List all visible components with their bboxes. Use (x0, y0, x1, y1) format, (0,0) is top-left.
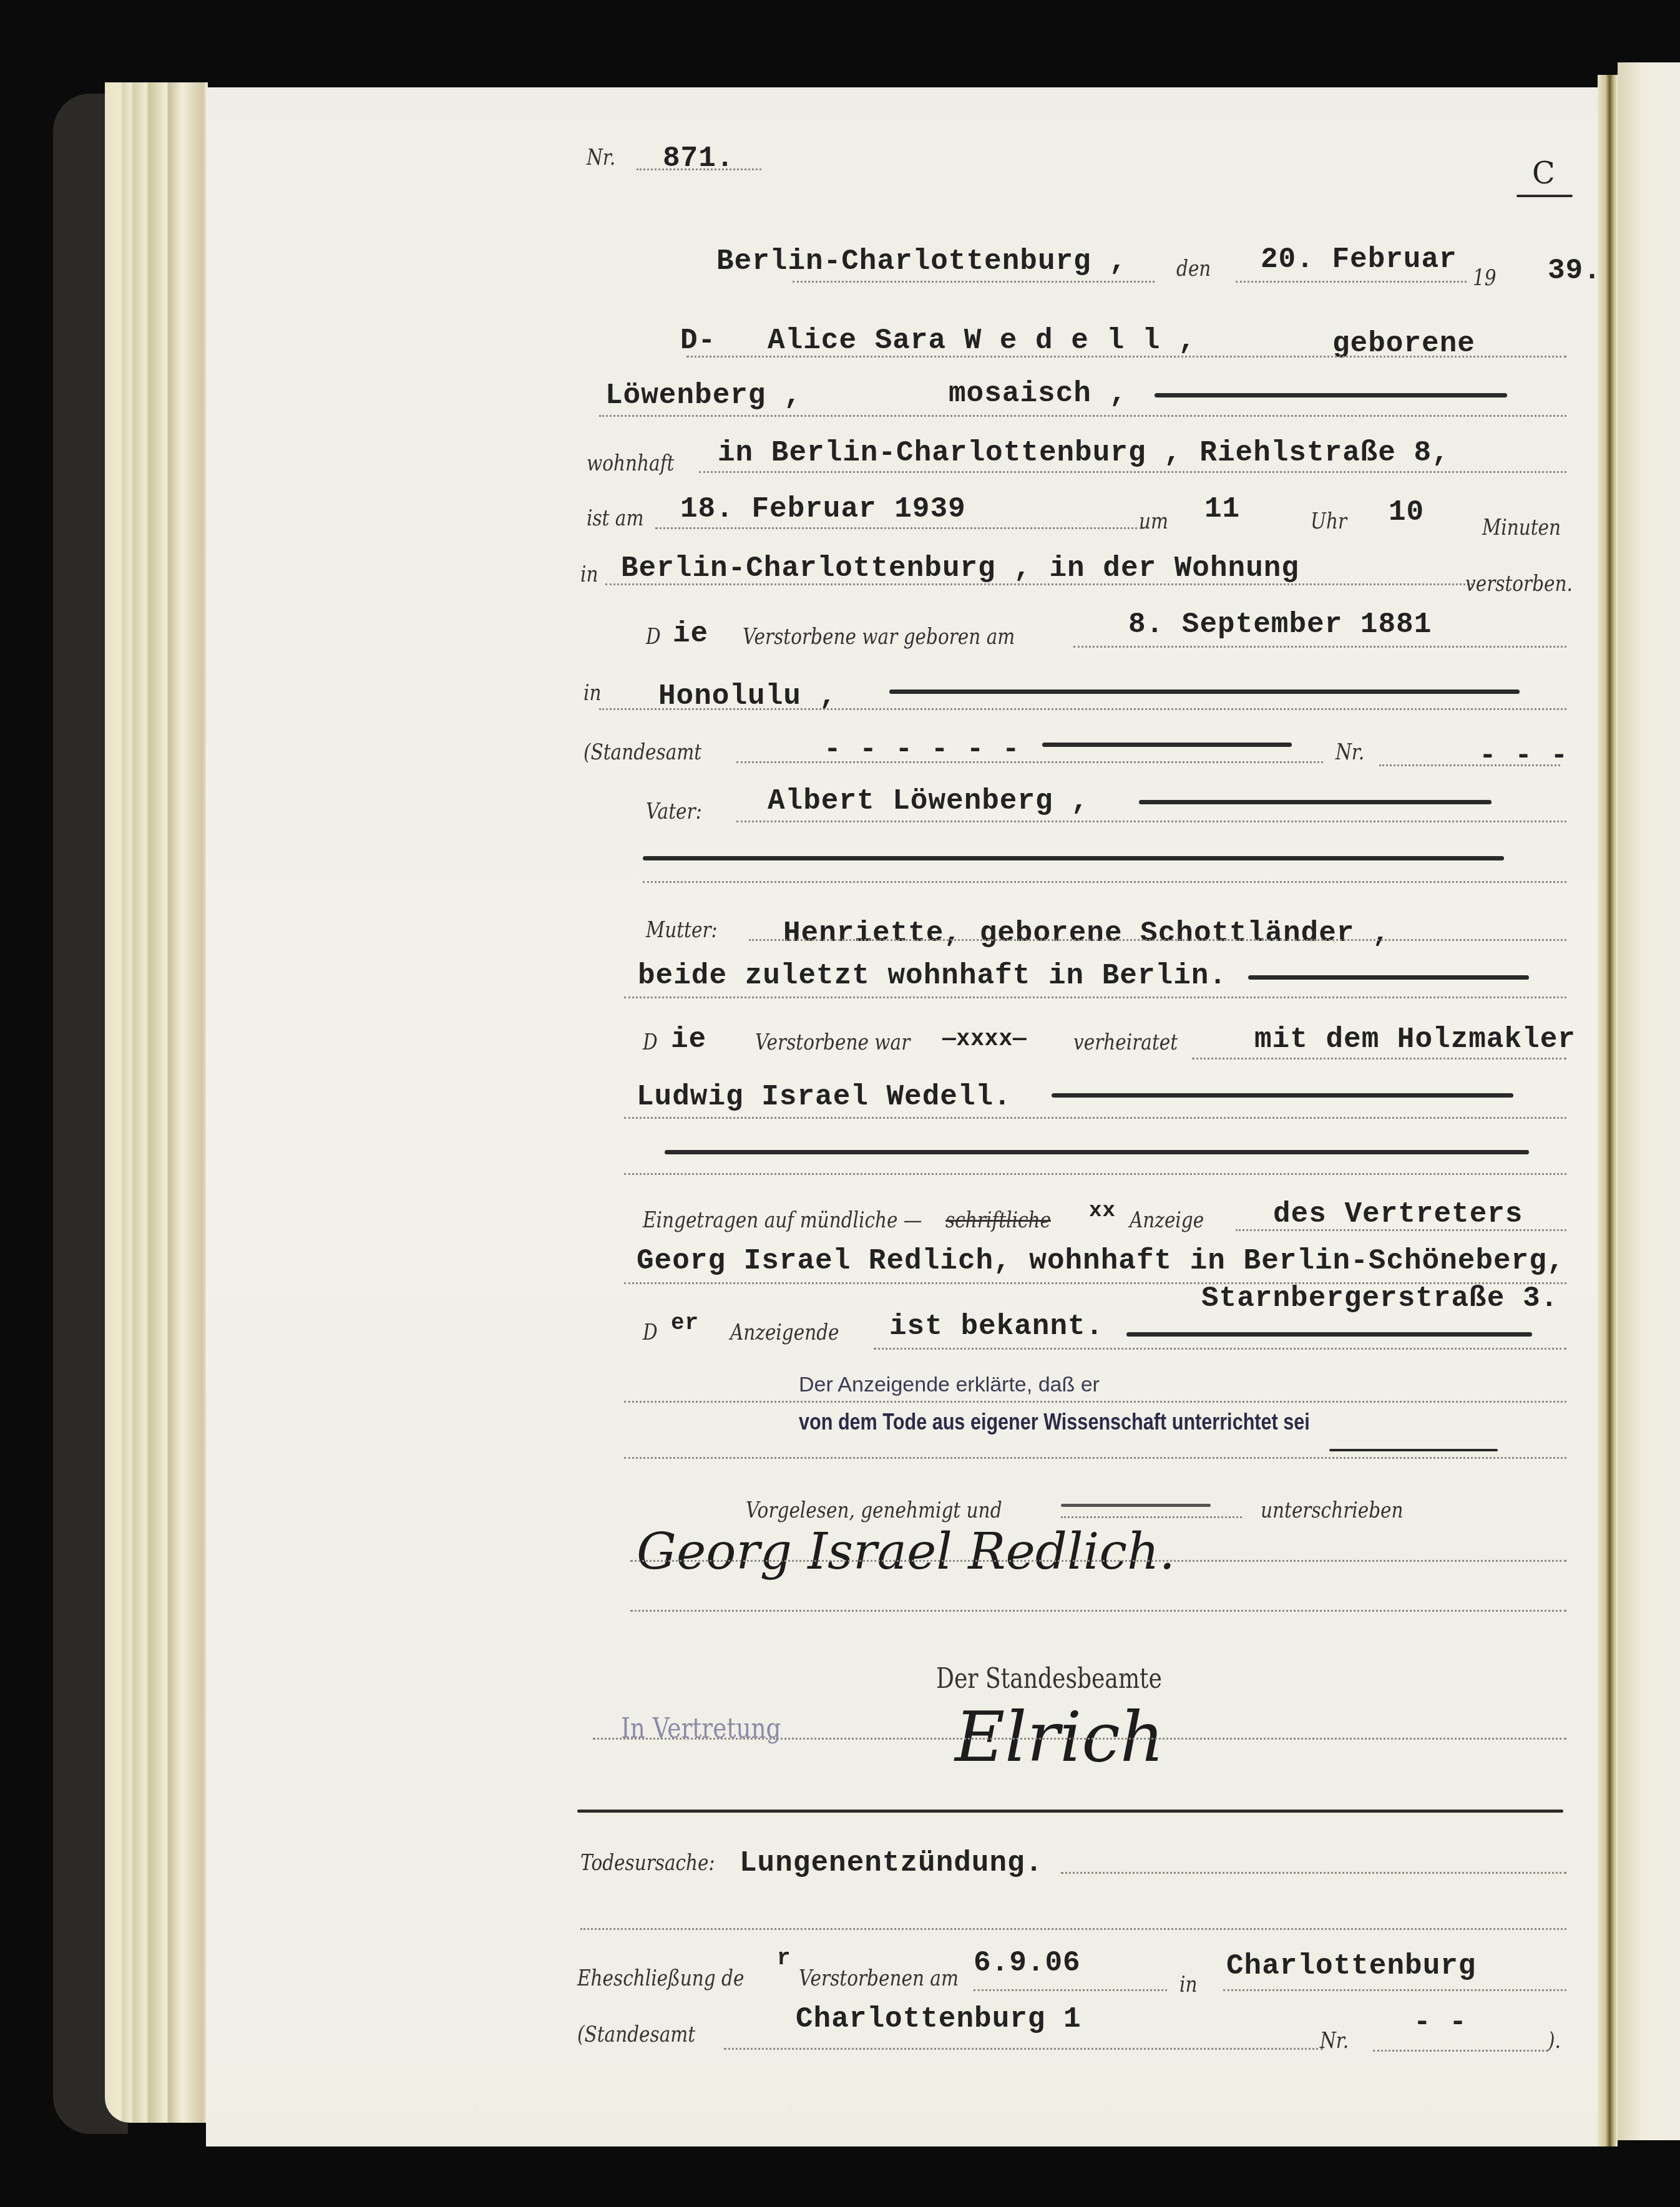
vater-line2-strike-line (643, 856, 1504, 860)
book-gutter (1598, 75, 1618, 2146)
spouse-dotline (624, 1117, 1566, 1119)
record-number: 871. (663, 142, 734, 175)
verheiratet-label: verheiratet (1073, 1030, 1178, 1055)
mutter-label: Mutter: (646, 917, 717, 943)
anzeige-label: Anzeige (1130, 1207, 1204, 1233)
religion-strike-line (1155, 393, 1507, 397)
spouse-occupation: mit dem Holzmakler (1254, 1023, 1576, 1056)
date-dotline (1236, 281, 1467, 283)
standesamt-strike-line (1042, 743, 1292, 747)
death-place: Berlin-Charlottenburg , in der Wohnung (621, 552, 1299, 585)
marriage-nr-dotline (1373, 2050, 1548, 2052)
page-stack-edges (105, 82, 208, 2123)
informant-xx: xx (1089, 1199, 1116, 1223)
registrar-signature: Elrich (955, 1697, 1165, 1777)
marital-line3-strike-line (665, 1150, 1529, 1154)
place-dotline (793, 281, 1155, 283)
informant-signature: Georg Israel Redlich. (637, 1522, 1175, 1581)
register-letter: C (1532, 156, 1555, 191)
death-in-label: in (580, 562, 598, 587)
birth-date-dotline (1073, 646, 1566, 648)
verstorben-label: verstorben. (1465, 571, 1573, 597)
nr-label: Nr. (587, 145, 615, 170)
informant-dotline (1236, 1229, 1566, 1231)
declaration-line2-dotline (624, 1457, 1566, 1459)
marriage-close: ). (1548, 2028, 1561, 2054)
in-vertretung-stamp: In Vertretung (621, 1713, 781, 1745)
birth-in-label: in (584, 680, 601, 706)
deceased-name: Alice Sara W e d e l l , (768, 324, 1196, 357)
declaration-dotline (624, 1401, 1566, 1403)
wohnhaft-label: wohnhaft (587, 451, 674, 476)
mutter-line2: beide zuletzt wohnhaft in Berlin. (638, 960, 1227, 992)
signature-dotline (630, 1560, 1566, 1562)
year-prefix: 19 (1473, 265, 1497, 291)
spouse-name: Ludwig Israel Wedell. (637, 1081, 1012, 1113)
birth-place-dotline (599, 708, 1566, 710)
standesamt-nr-label: Nr. (1336, 739, 1364, 765)
born-prefix: D (646, 624, 661, 650)
eheschliessung-label: Eheschließung de (577, 1966, 744, 1991)
standesamt-nr-dotline (1379, 764, 1560, 766)
death-minutes: 10 (1389, 496, 1424, 529)
record-date: 20. Februar (1261, 243, 1457, 276)
eingetragen-label: Eingetragen auf mündliche — (643, 1207, 922, 1233)
den-label: den (1176, 256, 1211, 281)
marriage-standesamt-value: Charlottenburg 1 (796, 2003, 1082, 2035)
uhr-label: Uhr (1311, 509, 1347, 534)
residence: in Berlin-Charlottenburg , Riehlstraße 8… (718, 437, 1450, 469)
marriage-standesamt-label: (Standesamt (577, 2022, 695, 2047)
vater-strike-line (1139, 800, 1492, 804)
record-place: Berlin-Charlottenburg , (716, 245, 1127, 278)
marital-prefix: D (643, 1030, 658, 1055)
name-dotline (686, 356, 1566, 358)
religion: mosaisch , (949, 378, 1127, 410)
marital-line3-dotline (624, 1173, 1566, 1175)
marriage-date: 6.9.06 (974, 1947, 1081, 1979)
born-suffix: ie (673, 618, 708, 650)
der-suffix: er (671, 1310, 699, 1336)
marriage-date-dotline (974, 1989, 1167, 1991)
register-letter-underline (1516, 195, 1573, 197)
death-date-dotline (655, 527, 1142, 529)
death-date: 18. Februar 1939 (680, 493, 966, 525)
mutter-dotline (749, 939, 1566, 941)
cause-label: Todesursache: (580, 1850, 715, 1876)
informant-known-strike-line (1126, 1332, 1532, 1337)
unterschrieben-label: unterschrieben (1261, 1498, 1404, 1523)
schriftliche-struck: schriftliche (945, 1207, 1051, 1233)
maiden-name: Löwenberg , (605, 379, 802, 412)
verstorbenen-am-label: Verstorbenen am (799, 1966, 959, 1991)
standesamt-nr-value: - - - (1479, 739, 1568, 772)
standesamt-label: (Standesamt (584, 739, 701, 765)
mutter-line2-dotline (624, 996, 1566, 998)
der-prefix: D (643, 1320, 658, 1345)
registrar-dotline (593, 1738, 1566, 1740)
vorgelesen-strike-line (1061, 1504, 1211, 1507)
ist-am-label: ist am (587, 505, 643, 531)
marriage-nr-label: Nr. (1320, 2028, 1349, 2054)
declaration-strike-line (1329, 1449, 1498, 1451)
marriage-nr-value: - - (1414, 2006, 1467, 2039)
birth-place-strike-line (889, 689, 1520, 694)
cause-line2-dotline (580, 1928, 1566, 1930)
death-hour: 11 (1204, 493, 1240, 525)
mutter-line2-strike-line (1248, 975, 1529, 980)
informant-known: ist bekannt. (889, 1310, 1103, 1343)
standesamt-dotline (736, 761, 1323, 763)
registrar-title: Der Standesbeamte (936, 1663, 1162, 1695)
vorgelesen-label: Vorgelesen, genehmigt und (746, 1498, 1002, 1523)
marital-struck: —xxxx— (942, 1026, 1027, 1052)
declaration-stamp-line1: Der Anzeigende erklärte, daß er (799, 1373, 1100, 1397)
born-label: Verstorbene war geboren am (743, 624, 1015, 650)
marriage-in-label: in (1179, 1972, 1197, 1997)
minuten-label: Minuten (1482, 515, 1561, 540)
signature-line2-dotline (630, 1610, 1566, 1612)
year-suffix: 39. (1548, 255, 1601, 287)
birth-date: 8. September 1881 (1128, 608, 1432, 641)
marital-dotline (1192, 1058, 1566, 1060)
cause-value: Lungenentzündung. (740, 1847, 1043, 1879)
deceased-prefix: D- (680, 324, 716, 357)
vater-label: Vater: (646, 799, 702, 824)
vorgelesen-dotline (1061, 1516, 1242, 1518)
informant-known-dotline (874, 1348, 1566, 1350)
um-label: um (1139, 509, 1168, 534)
marital-suffix: ie (671, 1023, 706, 1056)
vater-dotline (736, 821, 1566, 822)
declaration-stamp-line2: von dem Tode aus eigener Wissenschaft un… (799, 1409, 1310, 1435)
marriage-place-dotline (1223, 1989, 1566, 1991)
eheschliessung-superscript: r (777, 1946, 791, 1971)
vater-line2-dotline (643, 881, 1566, 883)
registrar-separator-rule (577, 1810, 1563, 1813)
maiden-dotline (599, 415, 1566, 417)
mutter-value: Henriette, geborene Schottländer , (783, 917, 1390, 950)
marriage-place: Charlottenburg (1226, 1950, 1476, 1982)
informant-street: Starnbergerstraße 3. (1201, 1282, 1558, 1315)
facing-page-edge (1618, 62, 1680, 2140)
cause-dotline (1061, 1872, 1566, 1874)
death-place-dotline (605, 583, 1473, 585)
informant-value: des Vertreters (1273, 1198, 1523, 1230)
marriage-standesamt-dotline (724, 2048, 1323, 2050)
vater-value: Albert Löwenberg , (768, 785, 1089, 817)
spouse-strike-line (1052, 1093, 1513, 1098)
anzeigende-label: Anzeigende (730, 1320, 839, 1345)
informant-name: Georg Israel Redlich, wohnhaft in Berlin… (637, 1245, 1565, 1277)
residence-dotline (699, 471, 1566, 473)
marital-label: Verstorbene war (755, 1030, 910, 1055)
